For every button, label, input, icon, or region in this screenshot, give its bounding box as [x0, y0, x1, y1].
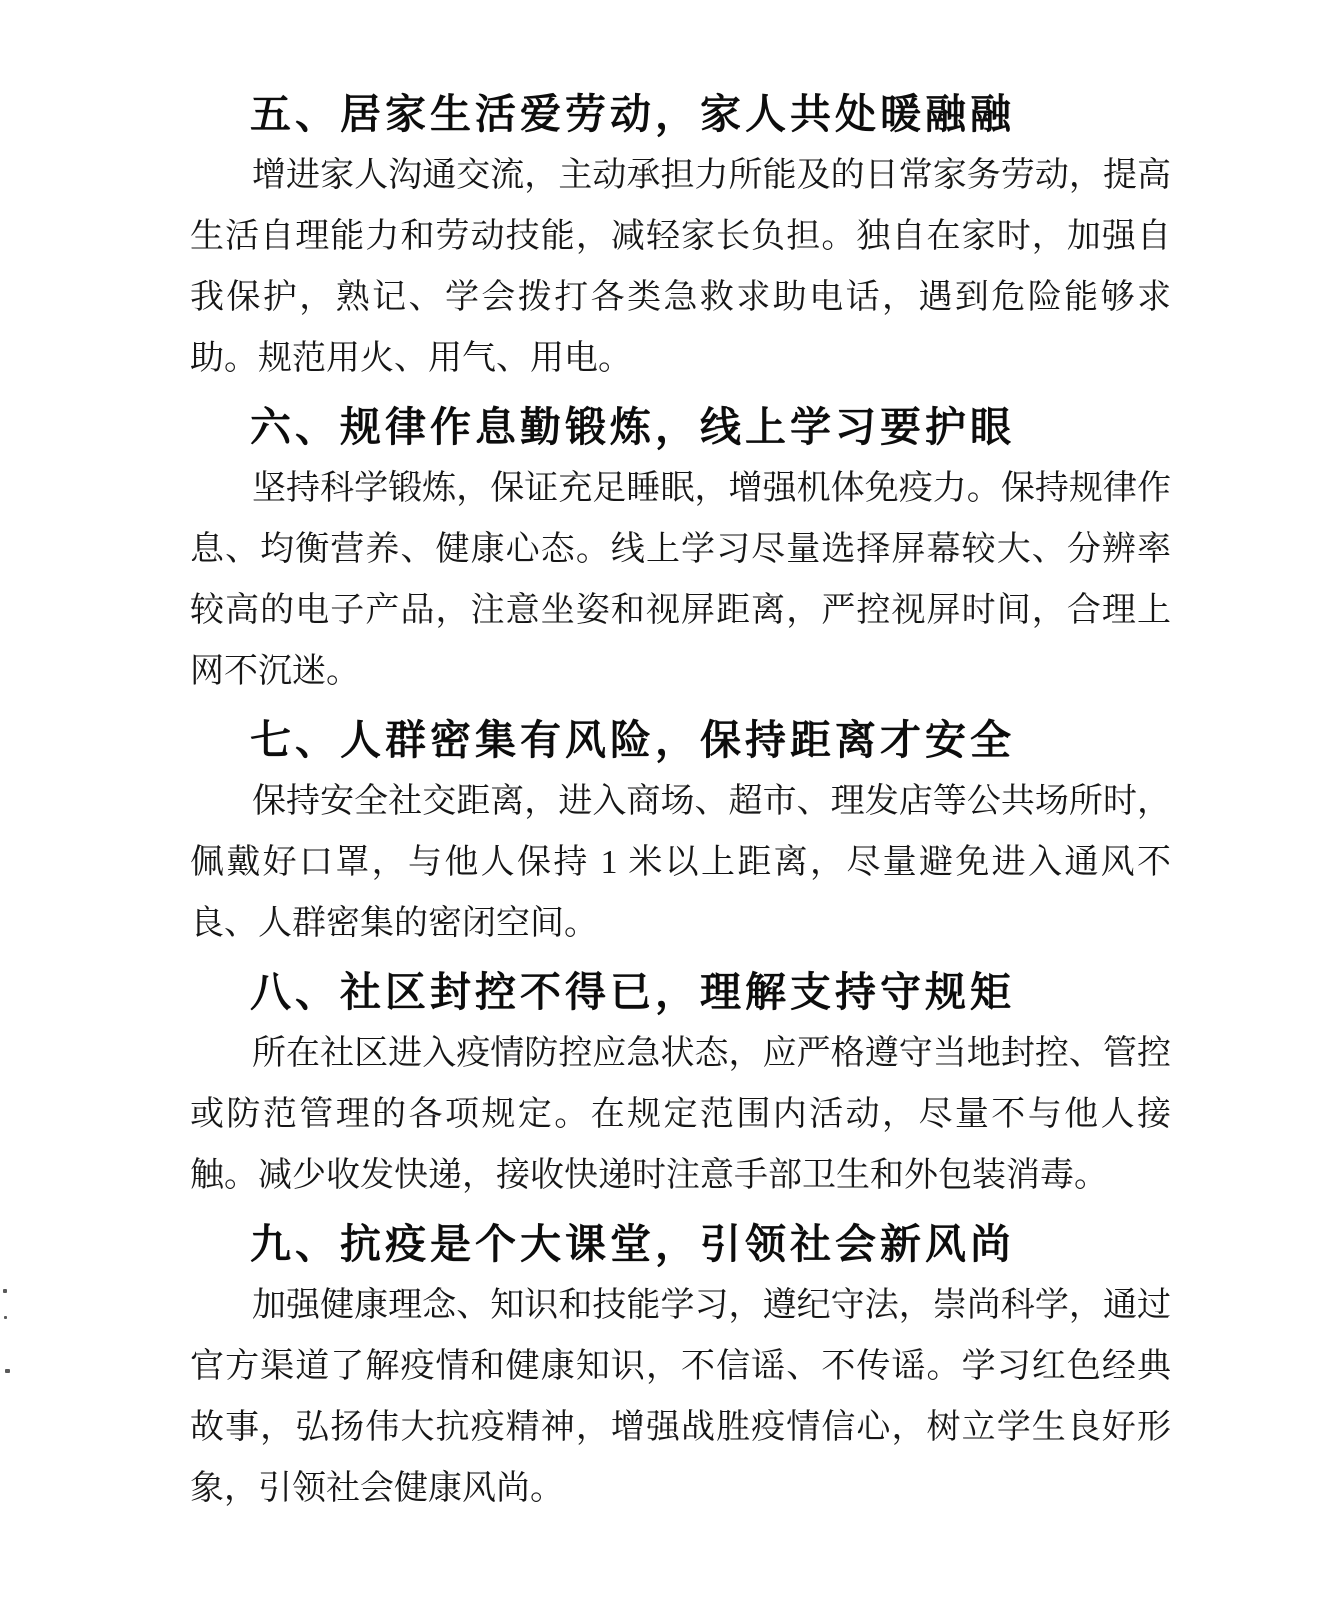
section-6: 六、规律作息勤锻炼，线上学习要护眼 坚持科学锻炼，保证充足睡眠，增强机体免疫力。…	[190, 397, 1171, 702]
scan-artifact-speck	[5, 1369, 10, 1373]
section-9-paragraph: 加强健康理念、知识和技能学习，遵纪守法，崇尚科学，通过官方渠道了解疫情和健康知识…	[190, 1275, 1171, 1519]
section-7: 七、人群密集有风险，保持距离才安全 保持安全社交距离，进入商场、超市、理发店等公…	[190, 710, 1171, 954]
scan-artifact-speck	[4, 1316, 7, 1319]
section-7-heading: 七、人群密集有风险，保持距离才安全	[190, 710, 1171, 771]
section-8-heading: 八、社区封控不得已，理解支持守规矩	[190, 962, 1171, 1023]
section-5-heading: 五、居家生活爱劳动，家人共处暖融融	[190, 84, 1171, 145]
section-8-paragraph: 所在社区进入疫情防控应急状态，应严格遵守当地封控、管控或防范管理的各项规定。在规…	[190, 1023, 1171, 1206]
section-9-heading: 九、抗疫是个大课堂，引领社会新风尚	[190, 1214, 1171, 1275]
document-content: 五、居家生活爱劳动，家人共处暖融融 增进家人沟通交流，主动承担力所能及的日常家务…	[190, 84, 1171, 1519]
scan-artifact-speck	[3, 1289, 7, 1293]
section-9: 九、抗疫是个大课堂，引领社会新风尚 加强健康理念、知识和技能学习，遵纪守法，崇尚…	[190, 1214, 1171, 1519]
section-8: 八、社区封控不得已，理解支持守规矩 所在社区进入疫情防控应急状态，应严格遵守当地…	[190, 962, 1171, 1206]
section-7-paragraph: 保持安全社交距离，进入商场、超市、理发店等公共场所时，佩戴好口罩，与他人保持 1…	[190, 771, 1171, 954]
section-5: 五、居家生活爱劳动，家人共处暖融融 增进家人沟通交流，主动承担力所能及的日常家务…	[190, 84, 1171, 389]
section-6-paragraph: 坚持科学锻炼，保证充足睡眠，增强机体免疫力。保持规律作息、均衡营养、健康心态。线…	[190, 458, 1171, 702]
document-page: 五、居家生活爱劳动，家人共处暖融融 增进家人沟通交流，主动承担力所能及的日常家务…	[0, 0, 1323, 1599]
section-6-heading: 六、规律作息勤锻炼，线上学习要护眼	[190, 397, 1171, 458]
section-5-paragraph: 增进家人沟通交流，主动承担力所能及的日常家务劳动，提高生活自理能力和劳动技能，减…	[190, 145, 1171, 389]
